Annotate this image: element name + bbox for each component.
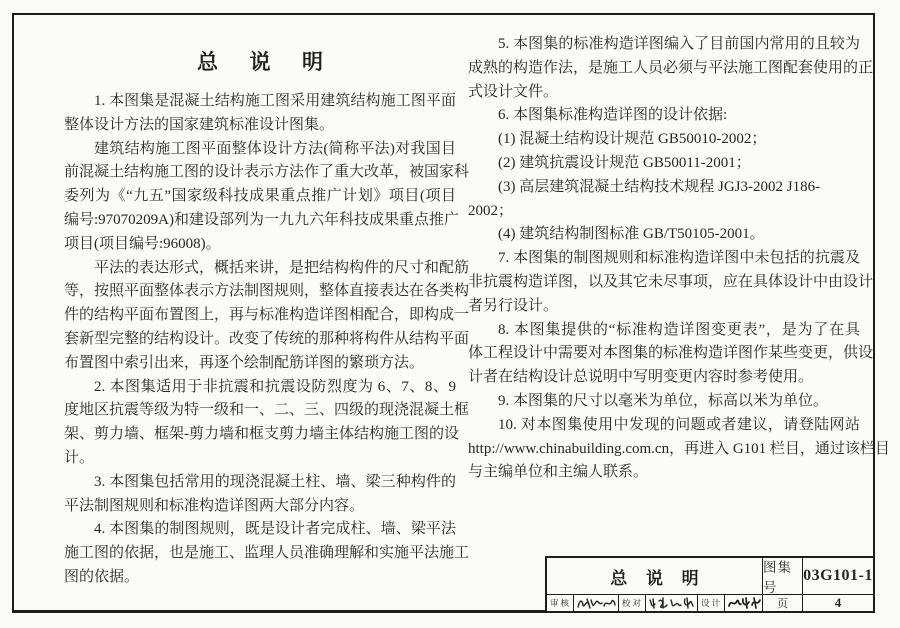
title-block: 总说明 图集号 03G101-1 审核: [545, 556, 875, 613]
text-line: 建筑结构施工图平面整体设计方法(简称平法)对我国目: [64, 138, 456, 162]
text-line: 计。: [64, 447, 456, 471]
right-column: 5. 本图集的标准构造详图编入了目前国内常用的且较为成熟的构造作法，是施工人员必…: [468, 33, 860, 485]
text-line: 非抗震构造详图，以及其它未尽事项，应在具体设计中由设计: [468, 271, 860, 295]
page-label: 页: [763, 595, 803, 611]
text-line: 6. 本图集标准构造详图的设计依据:: [468, 104, 860, 128]
proofreader-label: 校对: [619, 595, 646, 611]
document-sheet: 总说明 1. 本图集是混凝土结构施工图采用建筑结构施工图平面整体设计方法的国家建…: [0, 0, 900, 628]
signature-row: 审核 校对: [547, 595, 763, 611]
text-line: 体工程设计中需要对本图集的标准构造详图作某些变更，供设: [468, 342, 860, 366]
text-line: 编号:97070209A)和建设部列为一九九六年科技成果重点推广: [64, 209, 456, 233]
text-line: (1) 混凝土结构设计规范 GB50010-2002；: [468, 128, 860, 152]
text-line: 平法的表达形式，概括来讲，是把结构构件的尺寸和配筋: [64, 257, 456, 281]
text-line: 整体设计方法的国家建筑标准设计图集。: [64, 114, 456, 138]
text-line: 8. 本图集提供的“标准构造详图变更表”，是为了在具: [468, 319, 860, 343]
proofreader-signature-icon: [647, 596, 695, 610]
text-line: 布置图中索引出来，再逐个绘制配筋详图的繁琐方法。: [64, 352, 456, 376]
text-line: http://www.chinabuilding.com.cn，再进入 G101…: [468, 438, 860, 462]
text-line: 4. 本图集的制图规则，既是设计者完成柱、墙、梁平法: [64, 518, 456, 542]
text-line: 项目(项目编号:96008)。: [64, 233, 456, 257]
designer-label: 设计: [698, 595, 725, 611]
text-line: 9. 本图集的尺寸以毫米为单位，标高以米为单位。: [468, 390, 860, 414]
text-line: 式设计文件。: [468, 81, 860, 105]
text-line: 与主编单位和主编人联系。: [468, 461, 860, 485]
text-line: 成熟的构造作法，是施工人员必须与平法施工图配套使用的正: [468, 57, 860, 81]
text-line: (3) 高层建筑混凝土结构技术规程 JGJ3-2002 J186-2002；: [468, 176, 860, 224]
left-column: 1. 本图集是混凝土结构施工图采用建筑结构施工图平面整体设计方法的国家建筑标准设…: [64, 90, 456, 590]
text-line: 套新型完整的结构设计。改变了传统的那种将构件从结构平面: [64, 328, 456, 352]
text-line: 者另行设计。: [468, 295, 860, 319]
text-line: 架、剪力墙、框架-剪力墙和框支剪力墙主体结构施工图的设: [64, 423, 456, 447]
atlas-number-label: 图集号: [763, 558, 803, 595]
text-line: 度地区抗震等级为特一级和一、二、三、四级的现浇混凝土框: [64, 399, 456, 423]
proofreader-signature: [646, 595, 698, 611]
page-title: 总说明: [64, 46, 456, 76]
title-block-title: 总说明: [547, 558, 763, 595]
text-line: 2. 本图集适用于非抗震和抗震设防烈度为 6、7、8、9: [64, 376, 456, 400]
designer-signature: [725, 595, 763, 611]
reviewer-signature: [574, 595, 619, 611]
designer-signature-icon: [726, 596, 762, 610]
text-line: 件的结构平面布置图上，再与标准构造详图相配合，即构成一: [64, 304, 456, 328]
text-line: 平法制图规则和标准构造详图两大部分内容。: [64, 495, 456, 519]
text-line: 施工图的依据，也是施工、监理人员准确理解和实施平法施工: [64, 542, 456, 566]
text-line: 前混凝土结构施工图的设计表示方法作了重大改革，被国家科: [64, 161, 456, 185]
text-line: 图的依据。: [64, 566, 456, 590]
atlas-number: 03G101-1: [803, 558, 873, 595]
text-line: 1. 本图集是混凝土结构施工图采用建筑结构施工图平面: [64, 90, 456, 114]
text-line: 委列为《“九五”国家级科技成果重点推广计划》项目(项目: [64, 185, 456, 209]
text-line: 3. 本图集包括常用的现浇混凝土柱、墙、梁三种构件的: [64, 471, 456, 495]
page-number: 4: [803, 595, 873, 611]
text-line: 5. 本图集的标准构造详图编入了目前国内常用的且较为: [468, 33, 860, 57]
reviewer-signature-icon: [575, 596, 617, 610]
text-line: 10. 对本图集使用中发现的问题或者建议，请登陆网站: [468, 414, 860, 438]
text-line: (2) 建筑抗震设计规范 GB50011-2001；: [468, 152, 860, 176]
reviewer-label: 审核: [547, 595, 574, 611]
text-line: 等，按照平面整体表示方法制图规则，整体直接表达在各类构: [64, 280, 456, 304]
text-line: 计者在结构设计总说明中写明变更内容时参考使用。: [468, 366, 860, 390]
text-line: (4) 建筑结构制图标准 GB/T50105-2001。: [468, 223, 860, 247]
text-line: 7. 本图集的制图规则和标准构造详图中未包括的抗震及: [468, 247, 860, 271]
